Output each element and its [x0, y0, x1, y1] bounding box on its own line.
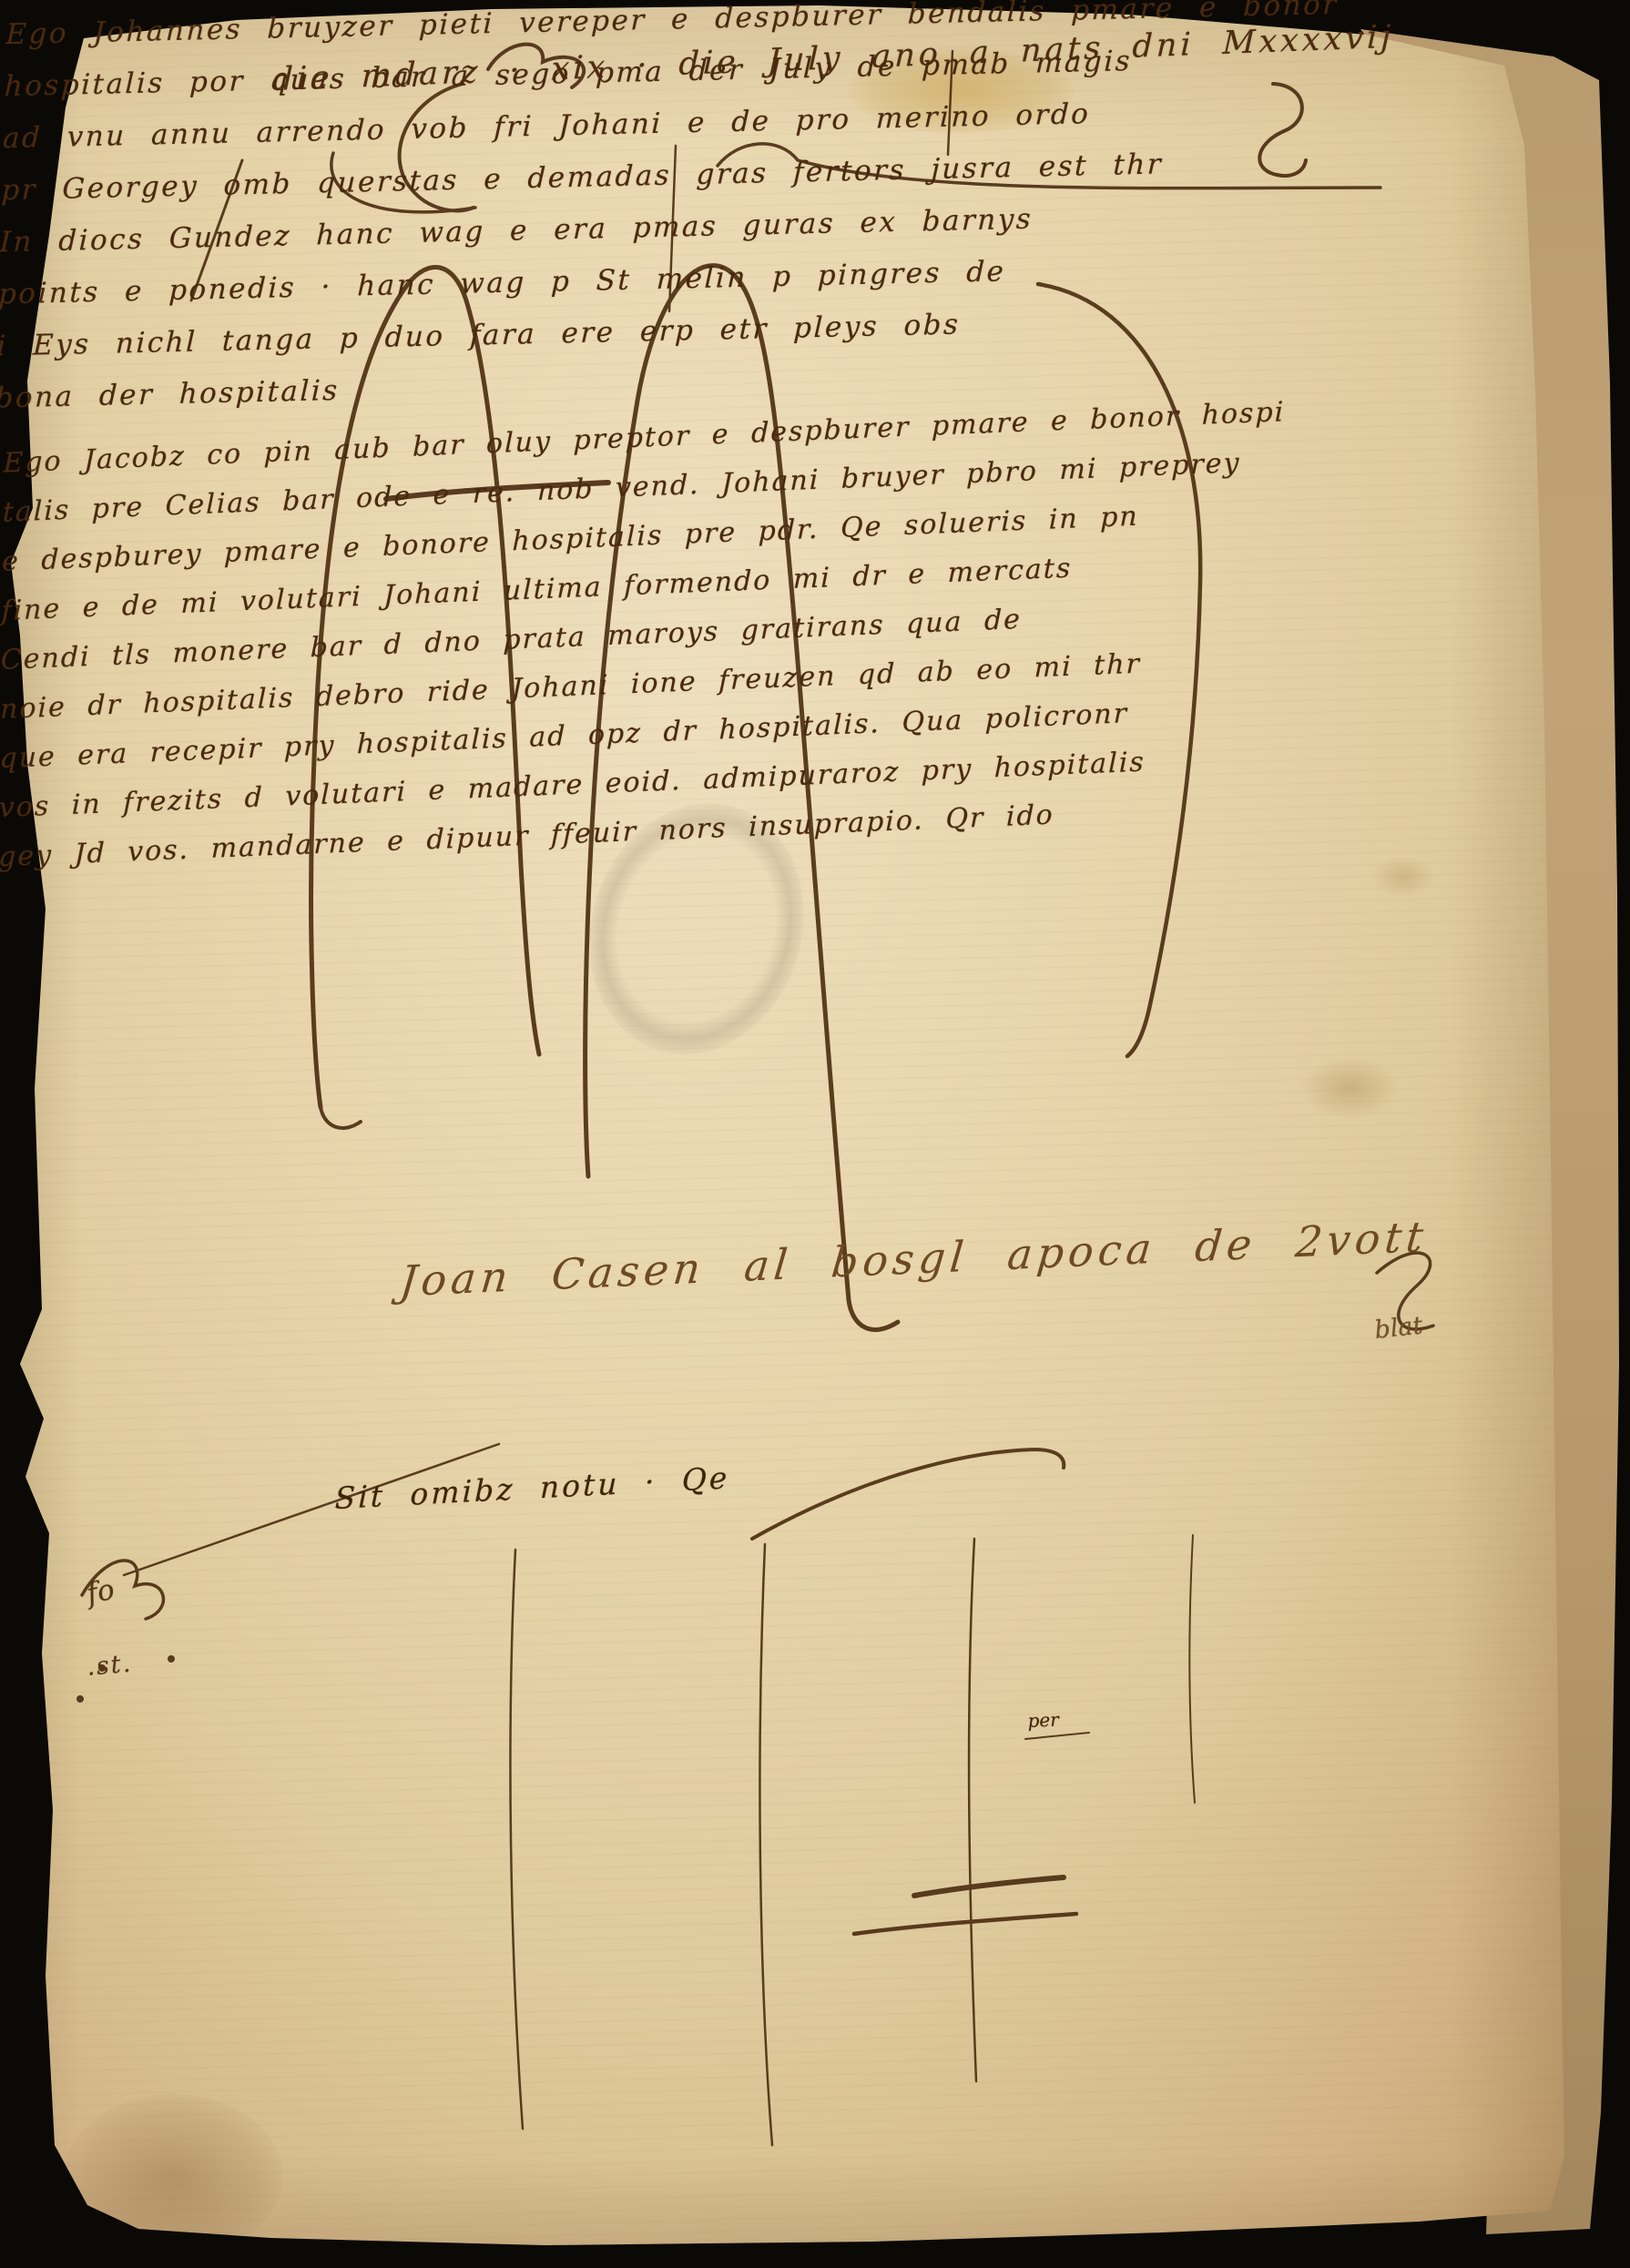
- interlinear-insertion: per: [1027, 1709, 1059, 1732]
- upper-entry-paragraph: Ego Johannes bruyzer pieti vereper e des…: [0, 0, 1630, 434]
- margin-sign: .st.: [86, 1650, 133, 1682]
- photograph-of-manuscript: die mdarz · xix · die July ano a nats dn…: [0, 0, 1630, 2268]
- lower-entry-paragraph: Ego Jacobz co pin aub bar oluy preptor e…: [0, 382, 1630, 890]
- signature-side-note: blat: [1373, 1311, 1424, 1344]
